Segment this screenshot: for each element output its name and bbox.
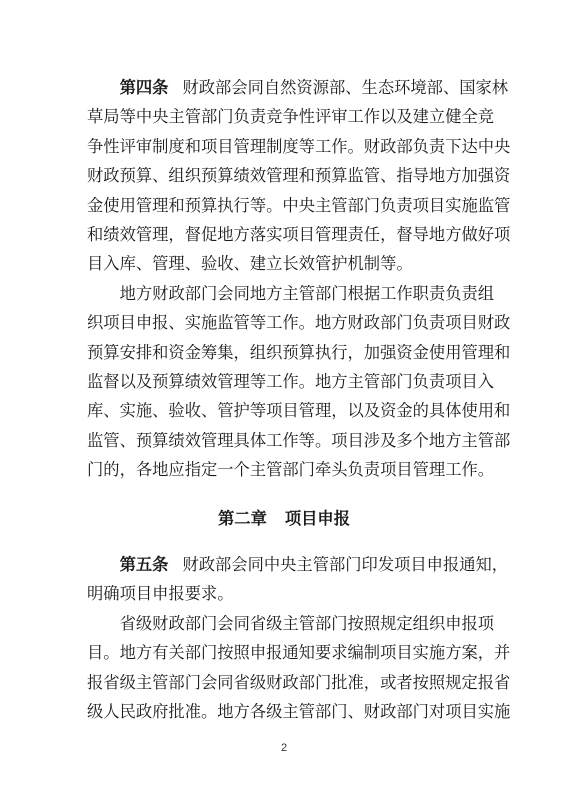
article-4-line-5: 金使用管理和预算执行等。中央主管部门负责项目实施监管	[87, 191, 479, 220]
article-4-block: 第四条财政部会同自然资源部、生态环境部、国家林 草局等中央主管部门负责竞争性评审…	[87, 73, 479, 484]
article-5-block: 第五条财政部会同中央主管部门印发项目申报通知， 明确项目申报要求。 省级财政部门…	[87, 550, 479, 726]
chapter-heading: 第二章项目申报	[0, 507, 568, 531]
article-4-label: 第四条	[120, 78, 169, 97]
paragraph-2-line-3: 预算安排和资金筹集，组织预算执行，加强资金使用管理和	[87, 338, 479, 367]
article-4-line-2: 草局等中央主管部门负责竞争性评审工作以及建立健全竞	[87, 102, 479, 131]
page-number: 2	[0, 742, 568, 754]
paragraph-2-line-5: 库、实施、验收、管护等项目管理，以及资金的具体使用和	[87, 396, 479, 425]
paragraph-4-line-1: 省级财政部门会同省级主管部门按照规定组织申报项	[87, 609, 479, 638]
article-4-line-4: 财政预算、组织预算绩效管理和预算监管、指导地方加强资	[87, 161, 479, 190]
article-4-line-6: 和绩效管理，督促地方落实项目管理责任，督导地方做好项	[87, 220, 479, 249]
paragraph-4-line-4: 级人民政府批准。地方各级主管部门、财政部门对项目实施	[87, 697, 479, 726]
article-5-line-1: 第五条财政部会同中央主管部门印发项目申报通知，	[87, 550, 479, 579]
article-5-label: 第五条	[120, 555, 169, 574]
chapter-title: 项目申报	[285, 509, 350, 528]
paragraph-2-line-1: 地方财政部门会同地方主管部门根据工作职责负责组	[87, 279, 479, 308]
paragraph-2-line-6: 监管、预算绩效管理具体工作等。项目涉及多个地方主管部	[87, 426, 479, 455]
paragraph-2-line-4: 监督以及预算绩效管理等工作。地方主管部门负责项目入	[87, 367, 479, 396]
paragraph-4-line-3: 报省级主管部门会同省级财政部门批准，或者按照规定报省	[87, 668, 479, 697]
chapter-number: 第二章	[218, 509, 267, 528]
article-4-line-3: 争性评审制度和项目管理制度等工作。财政部负责下达中央	[87, 132, 479, 161]
article-5-line-2: 明确项目申报要求。	[87, 579, 479, 608]
document-page: 第四条财政部会同自然资源部、生态环境部、国家林 草局等中央主管部门负责竞争性评审…	[0, 0, 568, 802]
article-4-line-7: 目入库、管理、验收、建立长效管护机制等。	[87, 249, 479, 278]
article-4-line-1: 第四条财政部会同自然资源部、生态环境部、国家林	[87, 73, 479, 102]
paragraph-2-line-7: 门的，各地应指定一个主管部门牵头负责项目管理工作。	[87, 455, 479, 484]
paragraph-4-line-2: 目。地方有关部门按照申报通知要求编制项目实施方案，并	[87, 638, 479, 667]
paragraph-2-line-2: 织项目申报、实施监管等工作。地方财政部门负责项目财政	[87, 308, 479, 337]
